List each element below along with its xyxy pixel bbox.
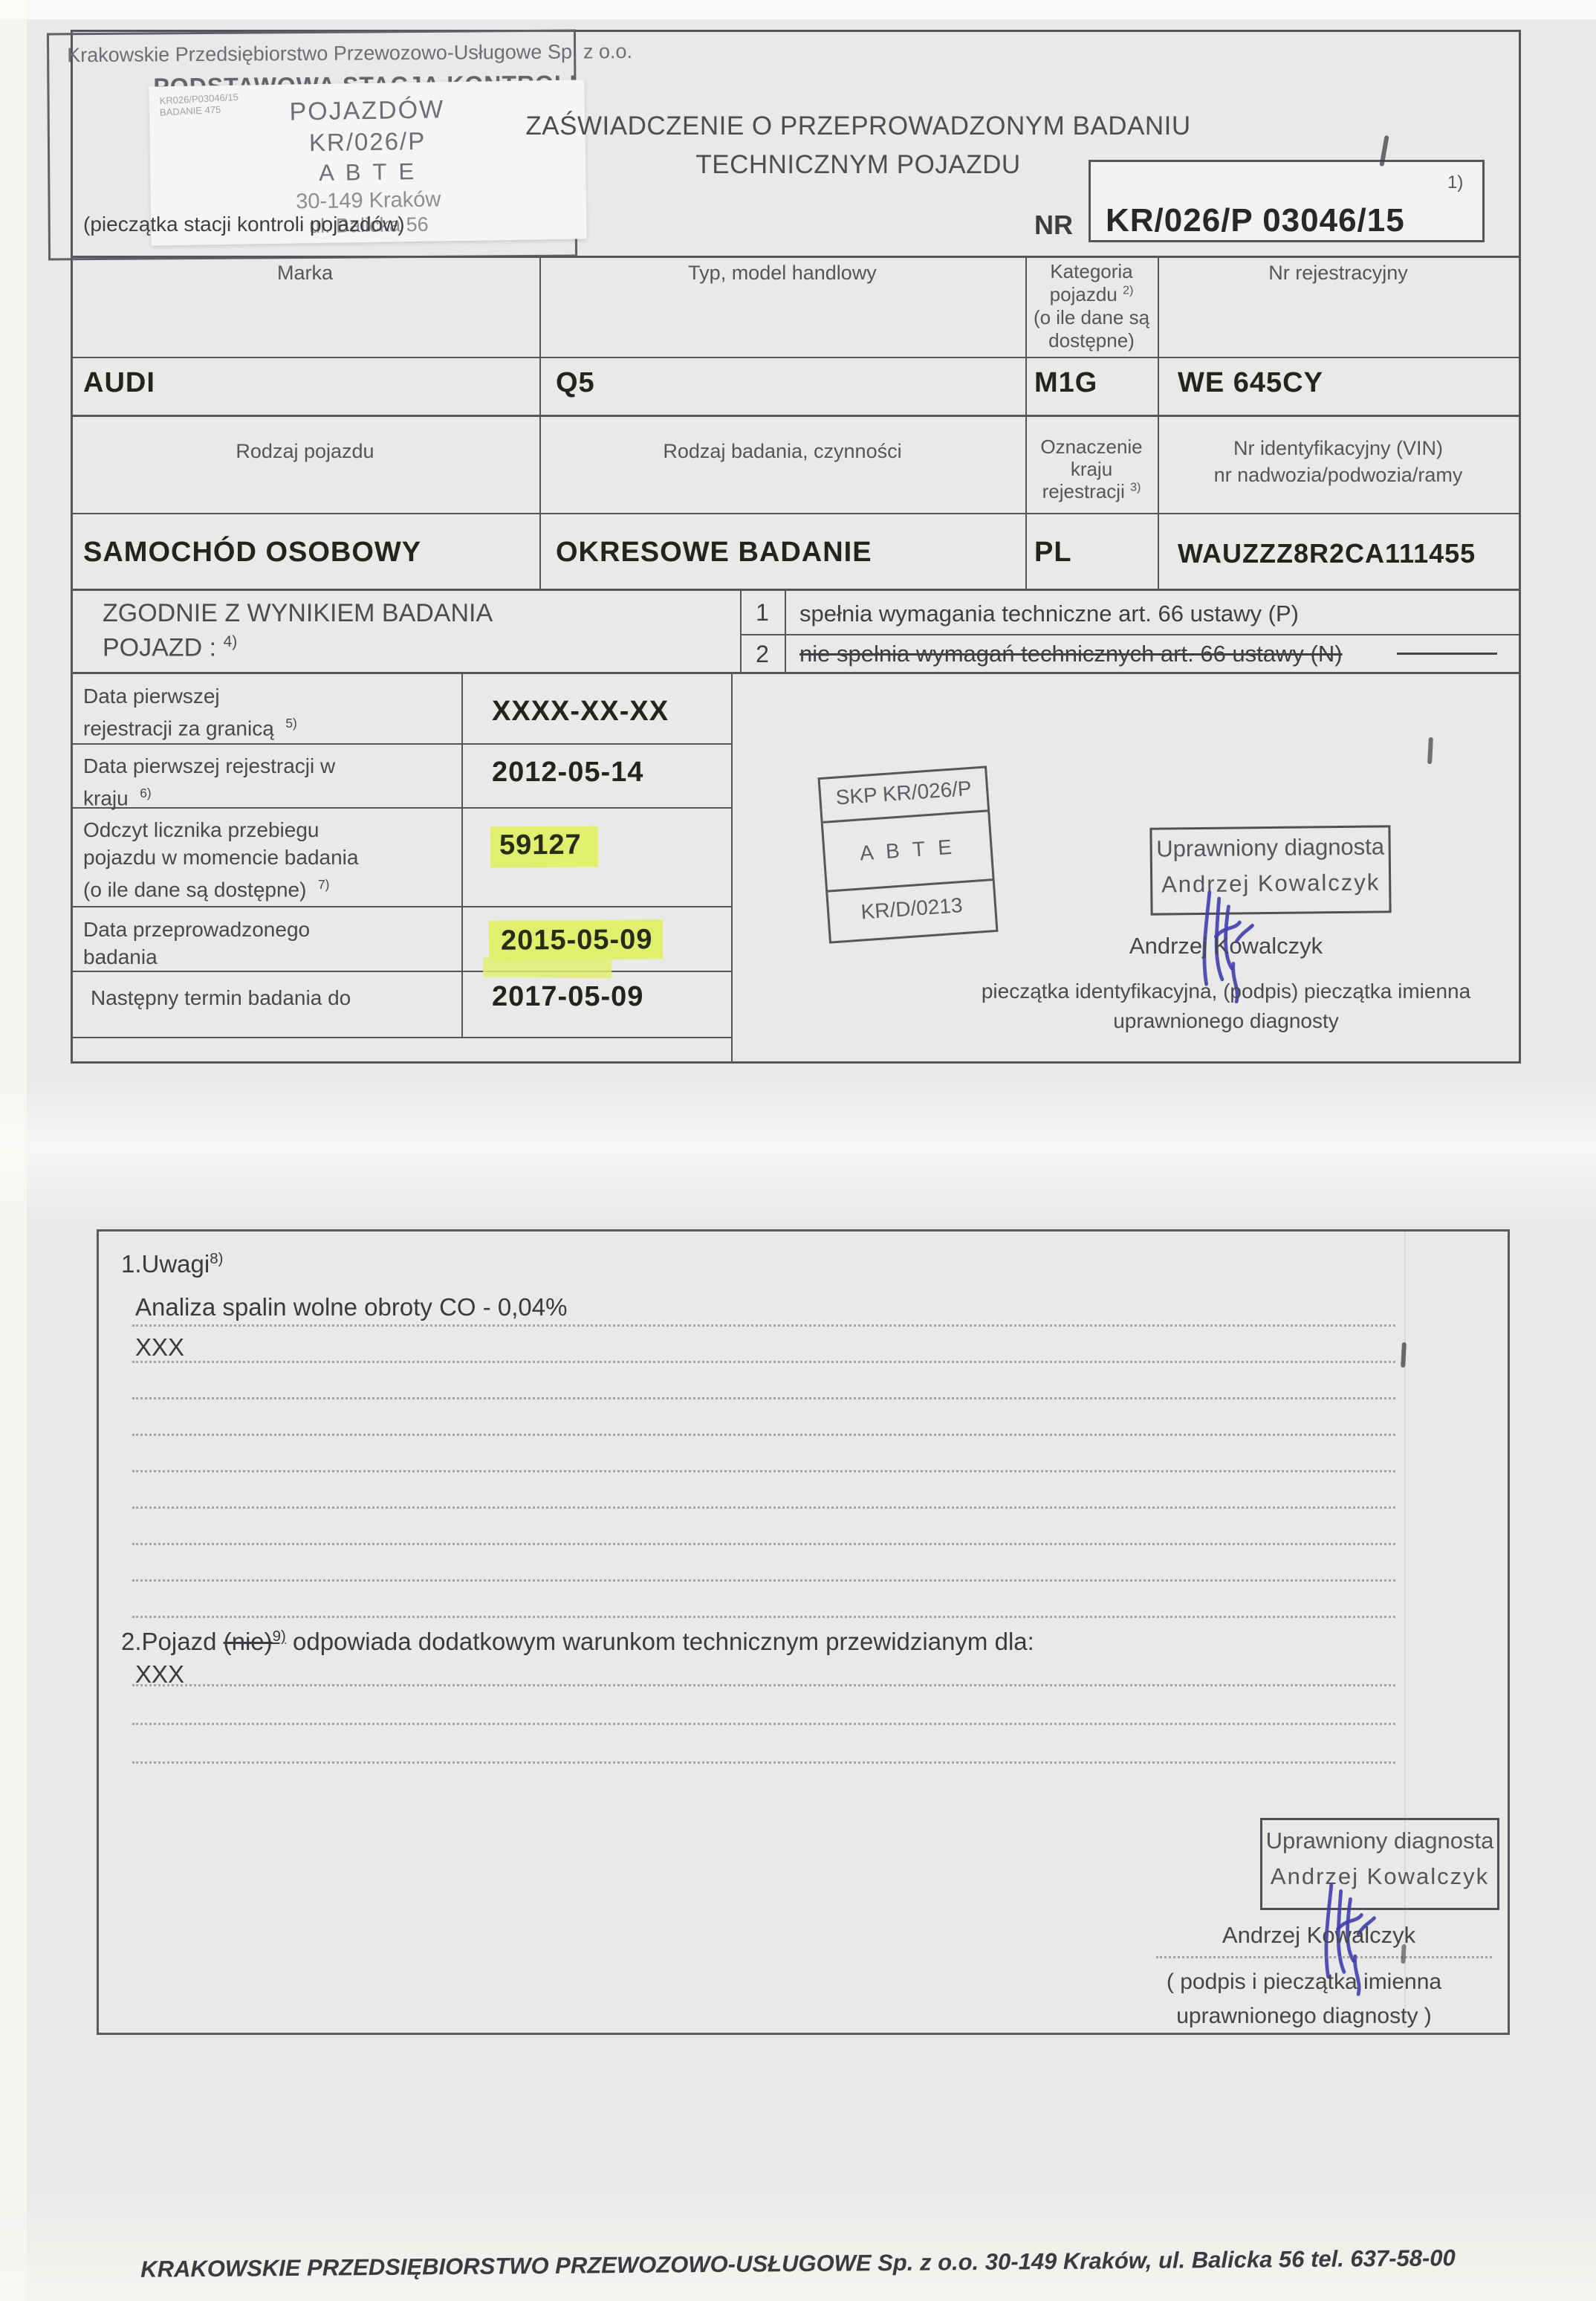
header-kategoria-l3: (o ile dane są — [1025, 306, 1158, 329]
row-label: (o ile dane są dostępne) 7) — [83, 871, 358, 903]
pojazd-line: 2.Pojazd (nie)9) odpowiada dodatkowym wa… — [121, 1628, 1034, 1656]
header-oznaczenie-word: rejestracji — [1042, 480, 1125, 502]
station-stamp-company: Krakowskie Przedsiębiorstwo Przewozowo-U… — [67, 40, 632, 67]
dotted-line — [132, 1684, 1395, 1686]
signature-caption-line1: pieczątka identyfikacyjna, (podpis) piec… — [944, 980, 1508, 1003]
skp-stamp: SKP KR/026/P A B T E KR/D/0213 — [817, 766, 998, 943]
grid-line — [71, 415, 1521, 417]
value-kategoria: M1G — [1034, 367, 1097, 399]
header-oznaczenie-l3: rejestracji 3) — [1025, 480, 1158, 503]
row-label: kraju 6) — [83, 780, 335, 812]
row-label: rejestracji za granicą 5) — [83, 710, 297, 742]
nr-label: NR — [1034, 210, 1073, 241]
diagnostician-stamp: Uprawniony diagnosta Andrzej Kowalczyk — [1149, 825, 1391, 915]
header-vin-l1: Nr identyfikacyjny (VIN) — [1158, 437, 1519, 460]
pojazd-prefix: 2.Pojazd — [121, 1628, 216, 1655]
uwagi-entry-co: Analiza spalin wolne obroty CO - 0,04% — [135, 1293, 567, 1321]
uwagi-entry-xxx: XXX — [135, 1333, 184, 1362]
form-border-bottom — [71, 1061, 1521, 1064]
grid-line — [71, 672, 1521, 674]
result-row1-text: spełnia wymagania techniczne art. 66 ust… — [799, 601, 1299, 627]
grid-line — [731, 672, 733, 1061]
grid-line — [71, 357, 1521, 358]
grid-line — [71, 743, 731, 745]
paper-edge-left — [0, 0, 27, 2301]
dotted-line — [1156, 1956, 1492, 1958]
value-marka: AUDI — [83, 367, 155, 399]
grid-line — [71, 906, 731, 907]
header-kategoria-l1: Kategoria — [1025, 260, 1158, 283]
footnote-7: 7) — [318, 877, 329, 892]
dotted-line — [132, 1761, 1395, 1764]
date-row-first-registration-country: Data pierwszej rejestracji w kraju 6) — [83, 752, 335, 812]
grid-line — [71, 513, 1521, 514]
row-label: Data pierwszej rejestracji w — [83, 752, 335, 780]
value-first-registration-abroad: XXXX-XX-XX — [492, 696, 669, 728]
strike-extension-line — [1397, 653, 1497, 655]
header-nr-rejestracyjny: Nr rejestracyjny — [1158, 262, 1519, 285]
dotted-line — [132, 1579, 1395, 1582]
document-title-line1: ZAŚWIADCZENIE O PRZEPROWADZONYM BADANIU — [483, 111, 1233, 141]
result-label-line1: ZGODNIE Z WYNIKIEM BADANIA — [103, 599, 493, 628]
row-label: Odczyt licznika przebiegu — [83, 816, 358, 844]
scanned-inspection-certificate: Krakowskie Przedsiębiorstwo Przewozowo-U… — [0, 0, 1596, 2301]
footnote-2: 2) — [1123, 283, 1133, 297]
value-first-registration-country: 2012-05-14 — [492, 757, 643, 789]
diagnostician-printed-name-bottom: Andrzej Kowalczyk — [1144, 1922, 1493, 1949]
form-border-right — [1519, 30, 1521, 1063]
grid-line — [461, 672, 463, 1037]
date-row-odometer: Odczyt licznika przebiegu pojazdu w mome… — [83, 816, 358, 903]
nr-value: KR/026/P 03046/15 — [1106, 202, 1405, 239]
value-typ-model: Q5 — [556, 367, 595, 399]
dotted-line — [132, 1361, 1395, 1363]
dotted-line — [132, 1723, 1395, 1725]
dotted-line — [132, 1543, 1395, 1545]
header-kategoria-word: pojazdu — [1050, 283, 1117, 305]
footnote-8: 8) — [210, 1250, 223, 1267]
dotted-line — [132, 1616, 1395, 1618]
value-kraj: PL — [1034, 537, 1072, 569]
value-next-inspection: 2017-05-09 — [492, 981, 643, 1013]
header-vin-l2: nr nadwozia/podwozia/ramy — [1158, 464, 1519, 487]
dotted-line — [132, 1397, 1395, 1399]
footnote-4: 4) — [223, 633, 237, 650]
pojazd-nie-struck: (nie) — [224, 1628, 273, 1655]
signature-caption-bottom-line2: uprawnionego diagnosty ) — [1115, 2004, 1493, 2029]
signature-caption-line2: uprawnionego diagnosty — [944, 1009, 1508, 1033]
footnote-6: 6) — [140, 786, 151, 800]
grid-line — [71, 1037, 731, 1038]
value-odometer: 59127 — [490, 826, 598, 867]
value-rodzaj-badania: OKRESOWE BADANIE — [556, 537, 872, 569]
odometer-highlighted: 59127 — [490, 826, 598, 867]
scan-artifact-mark — [1427, 737, 1433, 764]
result-row2-number: 2 — [740, 641, 785, 668]
row-label: Data pierwszej — [83, 682, 297, 710]
diagnostician-printed-name: Andrzej Kowalczyk — [951, 933, 1501, 959]
footnote-9: 9) — [273, 1628, 286, 1645]
row-label: Następny termin badania do — [91, 984, 351, 1012]
header-oznaczenie-l2: kraju — [1025, 458, 1158, 481]
header-rodzaj-badania: Rodzaj badania, czynności — [539, 440, 1025, 463]
grid-line — [71, 256, 1521, 258]
dotted-line — [132, 1470, 1395, 1472]
grid-line — [1158, 256, 1159, 589]
footer-company-line: KRAKOWSKIE PRZEDSIĘBIORSTWO PRZEWOZOWO-U… — [0, 2244, 1596, 2285]
header-typ-model: Typ, model handlowy — [539, 262, 1025, 285]
date-row-first-registration-abroad: Data pierwszej rejestracji za granicą 5) — [83, 682, 297, 742]
footnote-5: 5) — [285, 716, 296, 731]
footnote-3: 3) — [1130, 480, 1141, 493]
result-label-word: POJAZD : — [103, 633, 216, 661]
signature-caption-bottom-line1: ( podpis i pieczątka imienna — [1115, 1970, 1493, 1995]
header-marka: Marka — [71, 262, 539, 285]
diagnostician-stamp-line1: Uprawniony diagnosta — [1152, 827, 1388, 862]
inspection-date-highlighted: 2015-05-09 — [489, 919, 664, 960]
grid-line — [71, 971, 731, 972]
paper-edge-top — [0, 0, 1596, 19]
date-row-next-inspection: Następny termin badania do — [91, 984, 351, 1012]
dotted-line — [132, 1434, 1395, 1436]
result-row1-number: 1 — [740, 599, 785, 627]
grid-line — [740, 634, 1519, 635]
station-stamp-caption: (pieczątka stacji kontroli pojazdów) — [83, 213, 405, 236]
value-inspection-date: 2015-05-09 — [489, 920, 663, 959]
date-row-inspection-date: Data przeprowadzonego badania — [83, 916, 310, 971]
result-label-line2: POJAZD : 4) — [103, 633, 237, 662]
grid-line — [785, 589, 786, 672]
paper-fold — [0, 1081, 1596, 1223]
value-nr-rejestracyjny: WE 645CY — [1178, 367, 1323, 399]
grid-line — [71, 589, 1521, 591]
header-kategoria-l4: dostępne) — [1025, 329, 1158, 352]
grid-line — [539, 256, 541, 589]
row-label: pojazdu w momencie badania — [83, 844, 358, 871]
diagnostician-stamp-line1: Uprawniony diagnosta — [1262, 1820, 1497, 1854]
dotted-line — [132, 1507, 1395, 1509]
dotted-line — [132, 1324, 1395, 1327]
pojazd-rest: odpowiada dodatkowym warunkom techniczny… — [293, 1628, 1034, 1655]
result-row2-text: nie spełnia wymagań technicznych art. 66… — [799, 641, 1343, 667]
nr-superscript: 1) — [1447, 172, 1463, 193]
header-kategoria-l2: pojazdu 2) — [1025, 283, 1158, 306]
value-vin: WAUZZZ8R2CA111455 — [1178, 538, 1476, 569]
header-rodzaj-pojazdu: Rodzaj pojazdu — [71, 440, 539, 463]
row-label: Data przeprowadzonego — [83, 916, 310, 943]
row-label: badania — [83, 943, 310, 971]
value-rodzaj-pojazdu: SAMOCHÓD OSOBOWY — [83, 537, 421, 569]
header-oznaczenie-l1: Oznaczenie — [1025, 436, 1158, 459]
uwagi-label: 1.Uwagi8) — [121, 1250, 223, 1278]
skp-stamp-line2: A B T E — [823, 812, 993, 892]
